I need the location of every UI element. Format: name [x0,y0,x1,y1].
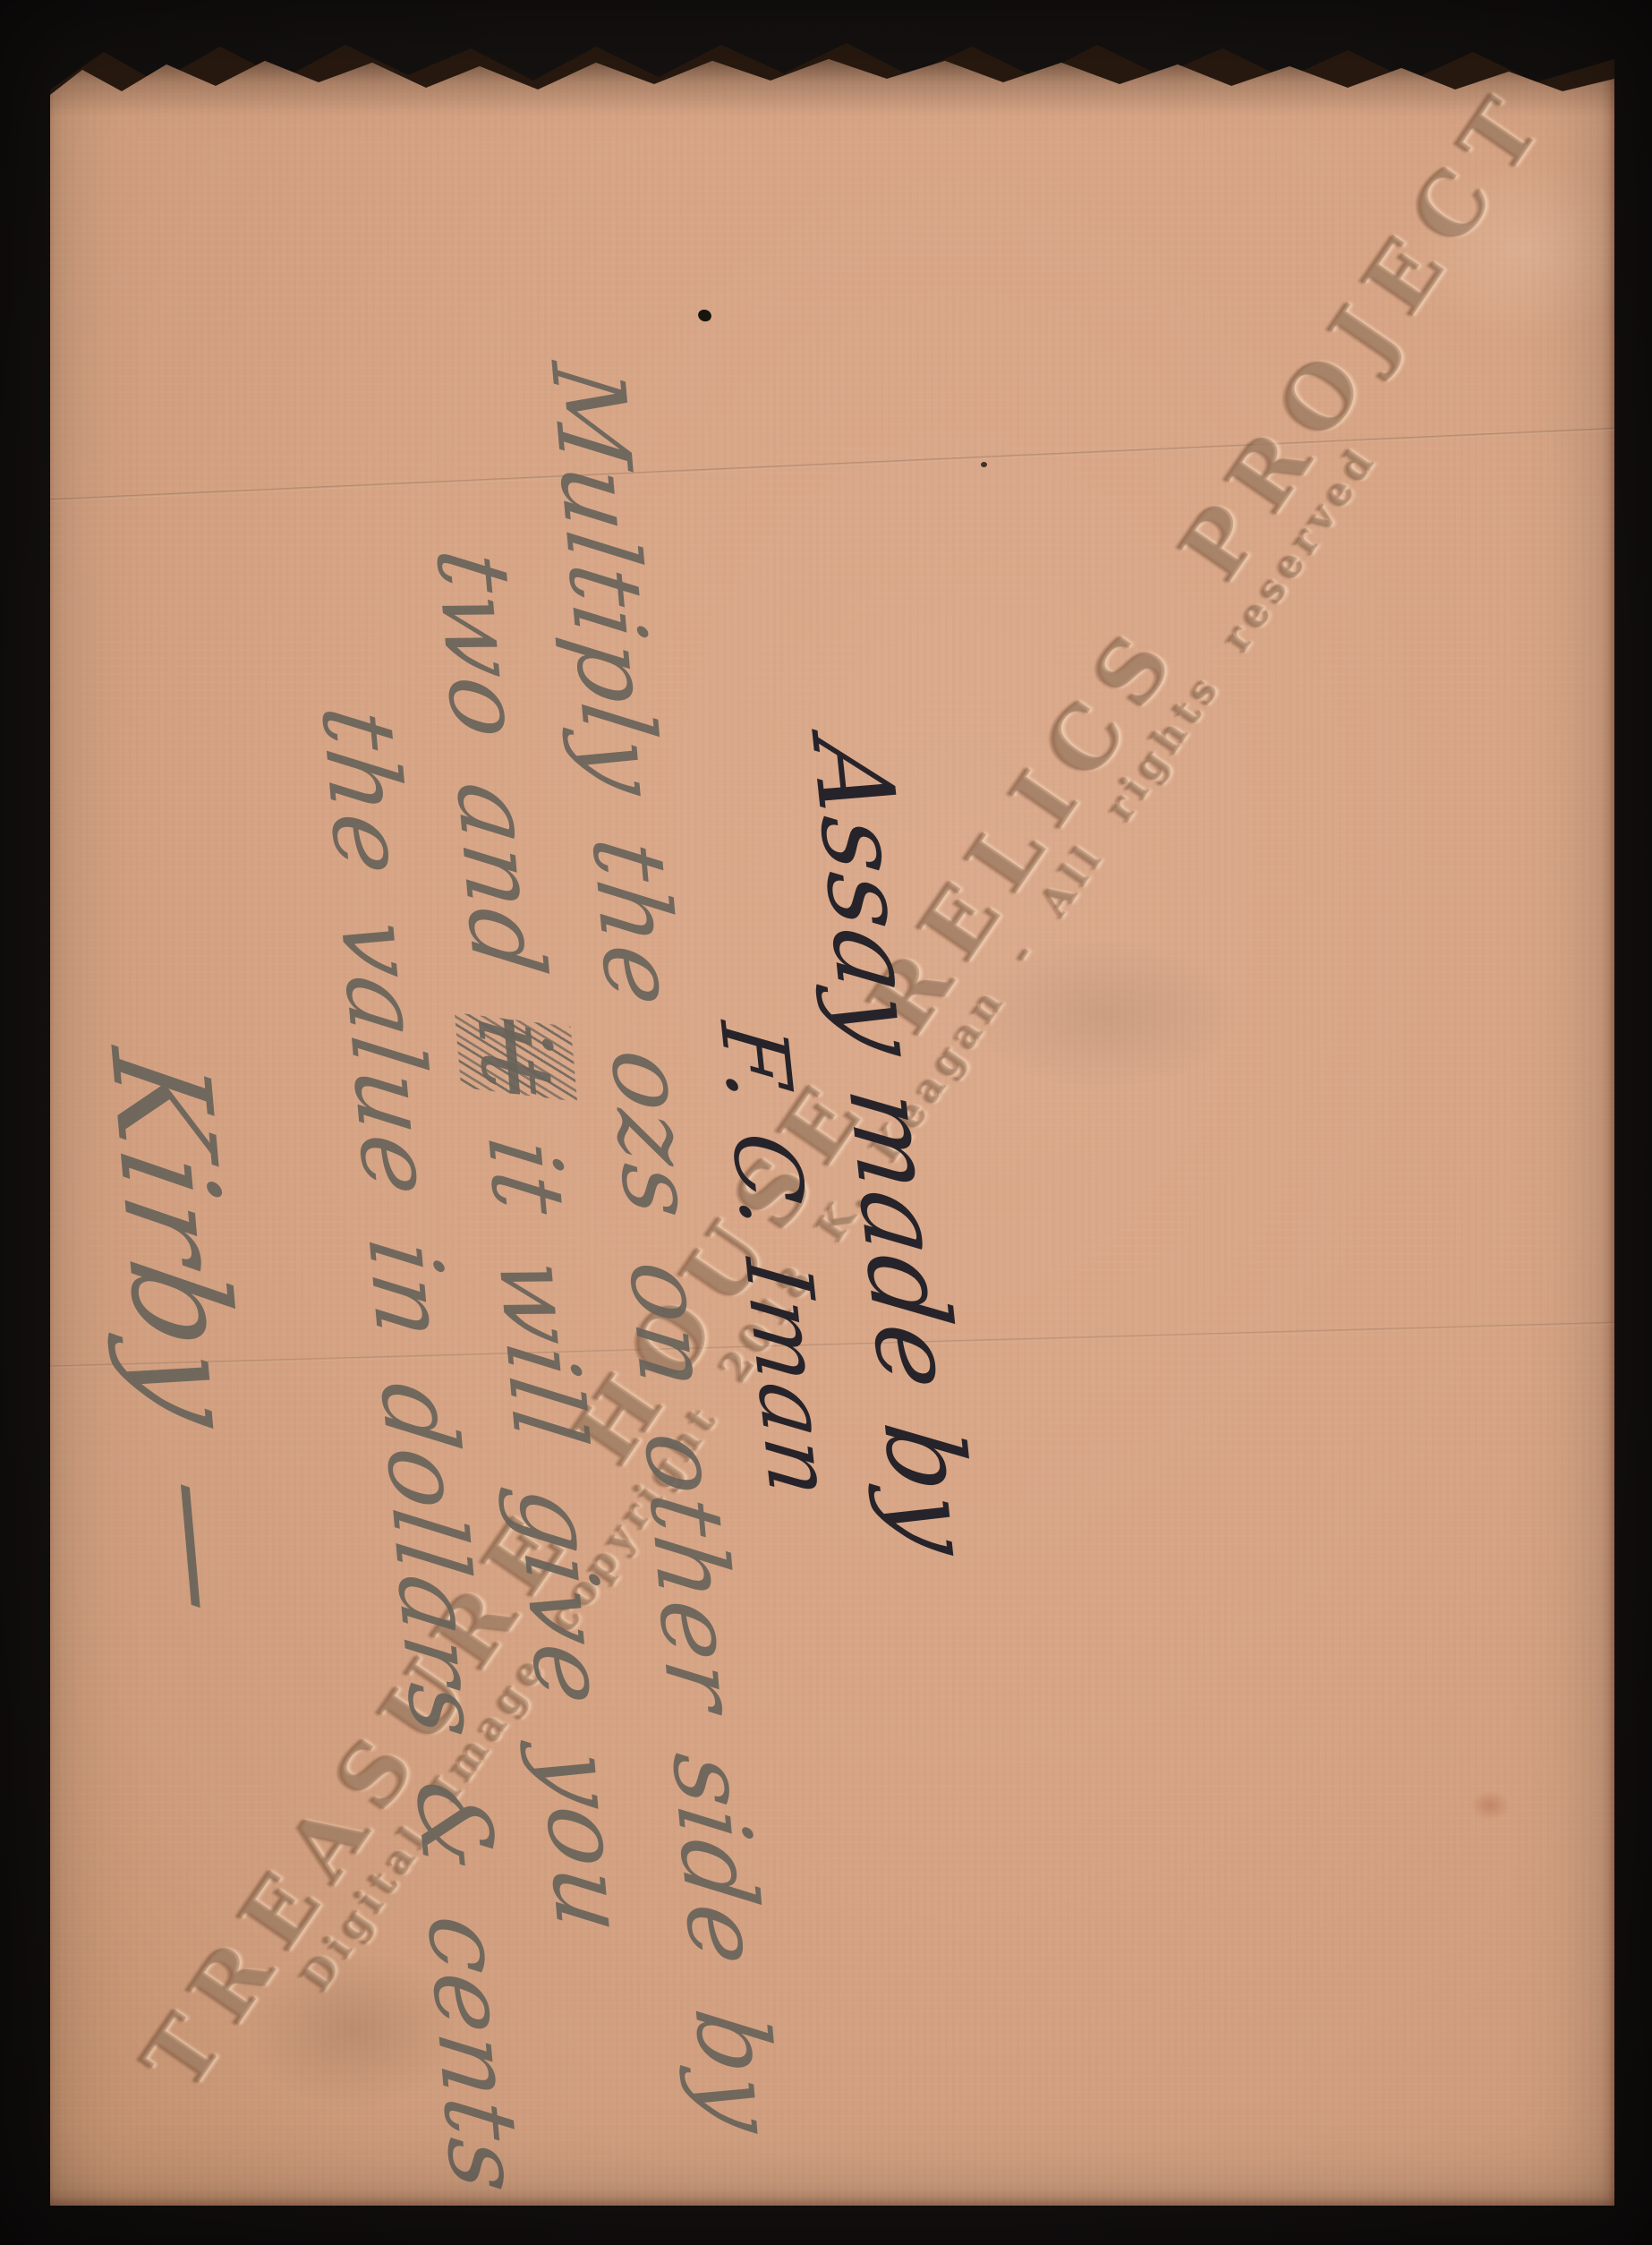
document-paper: TREASURE HOUSE RELICS PROJECT Digital Im… [50,52,1614,2206]
ink-speck [981,462,987,467]
red-stain [1469,1790,1511,1821]
torn-top-edge-shadow [50,52,1614,116]
photo-frame: TREASURE HOUSE RELICS PROJECT Digital Im… [0,0,1652,2245]
crease-line-upper [32,426,1641,502]
smudge-stain [972,938,1240,1090]
signature: Kirby — [80,1041,285,1627]
light-patch [1410,159,1643,338]
pencil-line-2-start: two and [413,544,571,1027]
scribbled-out-word: it [455,1012,577,1101]
ink-spot [696,308,713,323]
